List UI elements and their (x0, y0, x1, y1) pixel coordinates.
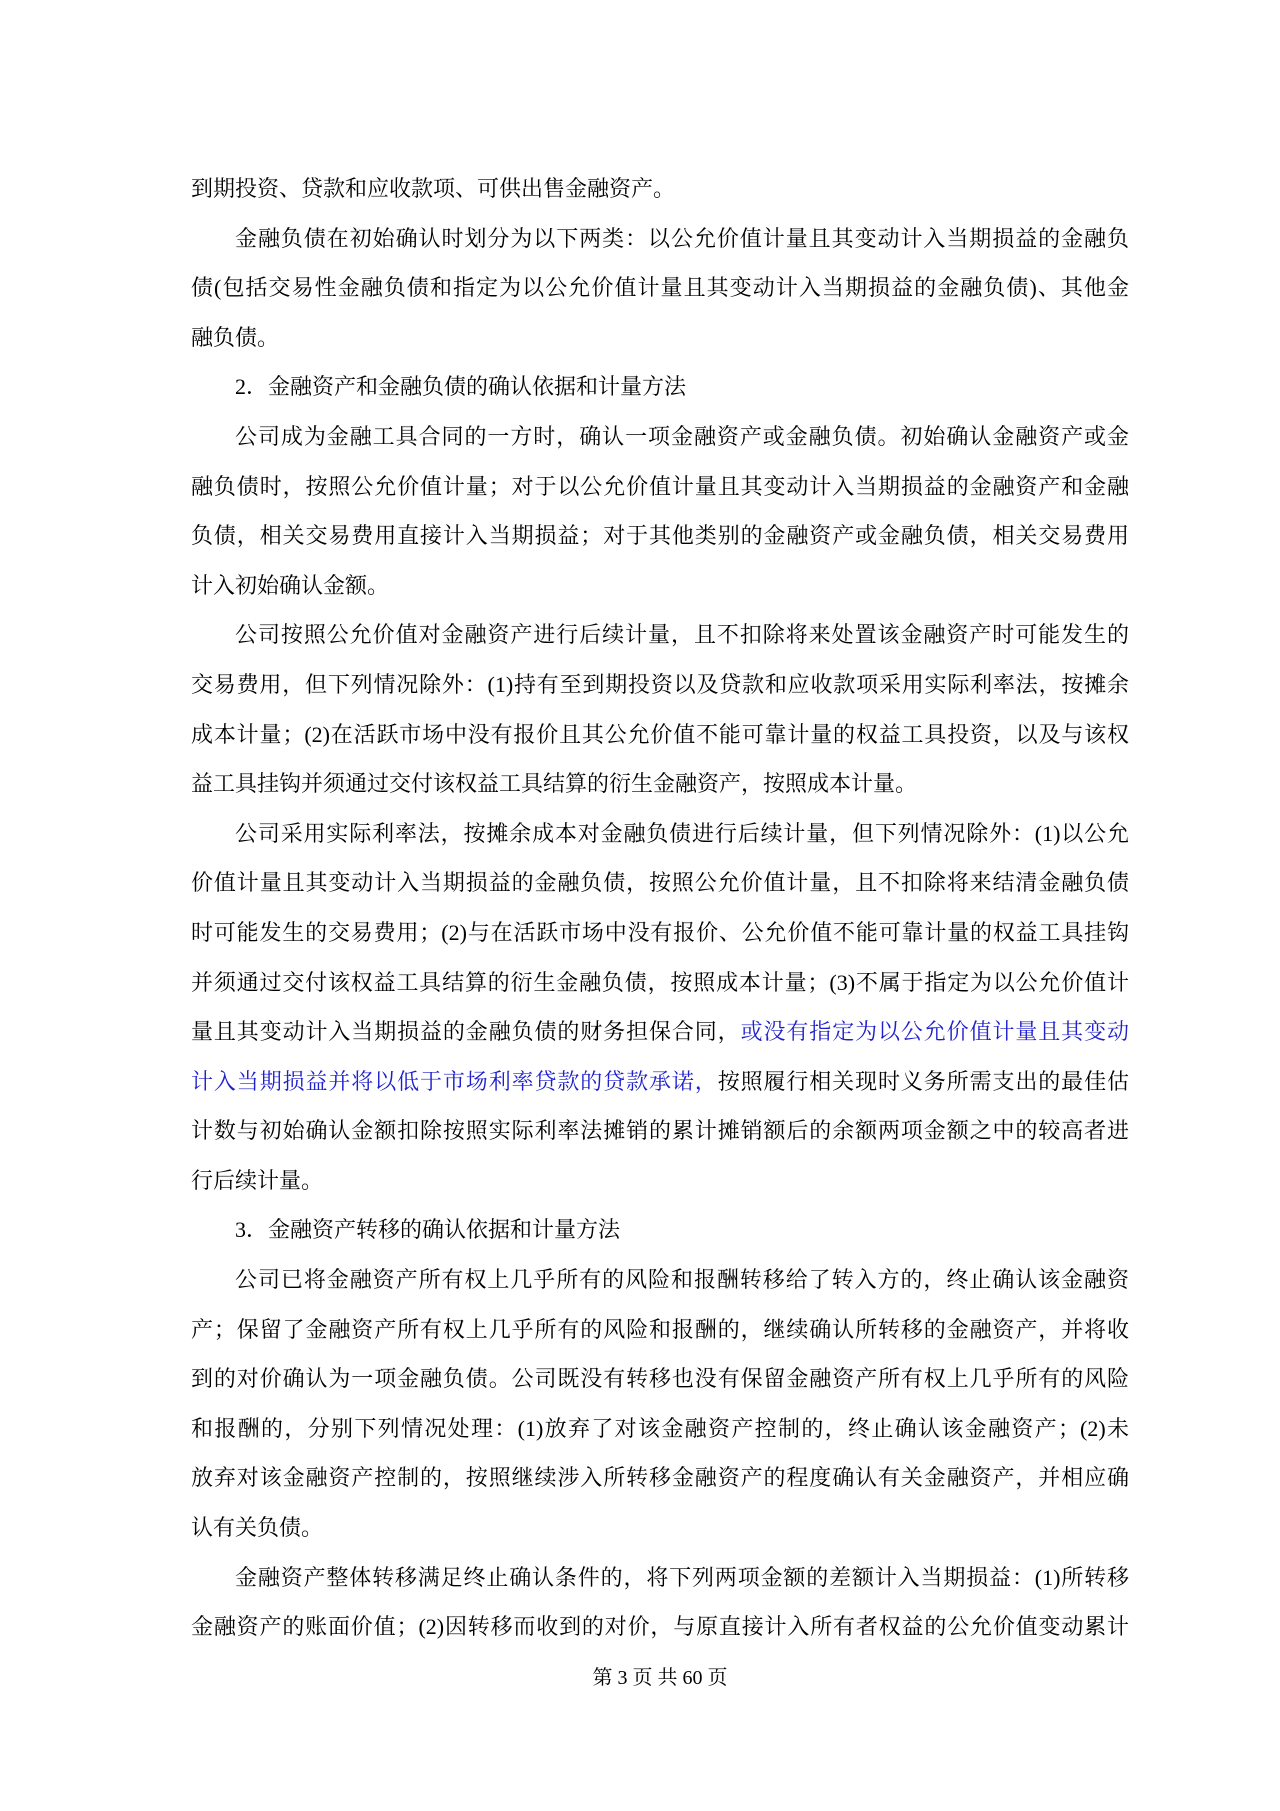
body-text: 认有关负债。 (191, 1515, 323, 1540)
body-text: 金融负债在初始确认时划分为以下两类：以公允价值计量且其变动计入当期损益的金融负 (235, 226, 1129, 251)
highlighted-text: 计入当期损益并将以低于市场利率贷款的贷款承诺， (191, 1069, 718, 1094)
body-text: 融负债时，按照公允价值计量；对于以公允价值计量且其变动计入当期损益的金融资产和金… (191, 474, 1129, 499)
body-text: 量且其变动计入当期损益的金融负债的财务担保合同， (191, 1019, 741, 1044)
body-text: 并须通过交付该权益工具结算的衍生金融负债，按照成本计量；(3)不属于指定为以公允… (191, 970, 1129, 995)
body-text: 和报酬的，分别下列情况处理：(1)放弃了对该金融资产控制的，终止确认该金融资产；… (191, 1416, 1129, 1441)
body-text: 债(包括交易性金融负债和指定为以公允价值计量且其变动计入当期损益的金融负债)、其… (191, 275, 1129, 300)
body-text: 产；保留了金融资产所有权上几乎所有的风险和报酬的，继续确认所转移的金融资产，并将… (191, 1317, 1129, 1342)
body-text: 2．金融资产和金融负债的确认依据和计量方法 (235, 374, 686, 399)
section-heading-2: 2．金融资产和金融负债的确认依据和计量方法 (191, 362, 1129, 412)
text-line: 益工具挂钩并须通过交付该权益工具结算的衍生金融资产，按照成本计量。 (191, 759, 1129, 809)
text-line: 金融负债在初始确认时划分为以下两类：以公允价值计量且其变动计入当期损益的金融负 (191, 214, 1129, 264)
text-line: 价值计量且其变动计入当期损益的金融负债，按照公允价值计量，且不扣除将来结清金融负… (191, 858, 1129, 908)
page-footer: 第 3 页 共 60 页 (191, 1664, 1129, 1692)
document-body: 到期投资、贷款和应收款项、可供出售金融资产。金融负债在初始确认时划分为以下两类：… (191, 164, 1129, 1652)
text-line: 行后续计量。 (191, 1156, 1129, 1206)
text-line: 公司成为金融工具合同的一方时，确认一项金融资产或金融负债。初始确认金融资产或金 (191, 412, 1129, 462)
text-line: 时可能发生的交易费用；(2)与在活跃市场中没有报价、公允价值不能可靠计量的权益工… (191, 908, 1129, 958)
text-line: 量且其变动计入当期损益的金融负债的财务担保合同，或没有指定为以公允价值计量且其变… (191, 1007, 1129, 1057)
text-line: 计入初始确认金额。 (191, 561, 1129, 611)
text-line: 融负债时，按照公允价值计量；对于以公允价值计量且其变动计入当期损益的金融资产和金… (191, 462, 1129, 512)
body-text: 公司已将金融资产所有权上几乎所有的风险和报酬转移给了转入方的，终止确认该金融资 (235, 1267, 1129, 1292)
body-text: 计数与初始确认金额扣除按照实际利率法摊销的累计摊销额后的余额两项金额之中的较高者… (191, 1118, 1129, 1143)
text-line: 计入当期损益并将以低于市场利率贷款的贷款承诺，按照履行相关现时义务所需支出的最佳… (191, 1057, 1129, 1107)
text-line: 公司按照公允价值对金融资产进行后续计量，且不扣除将来处置该金融资产时可能发生的 (191, 610, 1129, 660)
body-text: 公司按照公允价值对金融资产进行后续计量，且不扣除将来处置该金融资产时可能发生的 (235, 622, 1129, 647)
text-line: 认有关负债。 (191, 1503, 1129, 1553)
text-line: 金融资产整体转移满足终止确认条件的，将下列两项金额的差额计入当期损益：(1)所转… (191, 1553, 1129, 1603)
body-text: 按照履行相关现时义务所需支出的最佳估 (718, 1069, 1129, 1094)
body-text: 融负债。 (191, 325, 279, 350)
section-heading-3: 3．金融资产转移的确认依据和计量方法 (191, 1205, 1129, 1255)
body-text: 行后续计量。 (191, 1168, 323, 1193)
text-line: 债(包括交易性金融负债和指定为以公允价值计量且其变动计入当期损益的金融负债)、其… (191, 263, 1129, 313)
body-text: 公司采用实际利率法，按摊余成本对金融负债进行后续计量，但下列情况除外：(1)以公… (235, 821, 1129, 846)
body-text: 计入初始确认金额。 (191, 573, 389, 598)
body-text: 放弃对该金融资产控制的，按照继续涉入所转移金融资产的程度确认有关金融资产，并相应… (191, 1465, 1129, 1490)
highlighted-text: 或没有指定为以公允价值计量且其变动 (741, 1019, 1129, 1044)
text-line: 公司采用实际利率法，按摊余成本对金融负债进行后续计量，但下列情况除外：(1)以公… (191, 809, 1129, 859)
body-text: 到的对价确认为一项金融负债。公司既没有转移也没有保留金融资产所有权上几乎所有的风… (191, 1366, 1129, 1391)
text-line: 公司已将金融资产所有权上几乎所有的风险和报酬转移给了转入方的，终止确认该金融资 (191, 1255, 1129, 1305)
text-line: 交易费用，但下列情况除外：(1)持有至到期投资以及贷款和应收款项采用实际利率法，… (191, 660, 1129, 710)
text-line: 和报酬的，分别下列情况处理：(1)放弃了对该金融资产控制的，终止确认该金融资产；… (191, 1404, 1129, 1454)
text-line: 放弃对该金融资产控制的，按照继续涉入所转移金融资产的程度确认有关金融资产，并相应… (191, 1453, 1129, 1503)
body-text: 公司成为金融工具合同的一方时，确认一项金融资产或金融负债。初始确认金融资产或金 (235, 424, 1129, 449)
text-line: 融负债。 (191, 313, 1129, 363)
text-line: 计数与初始确认金额扣除按照实际利率法摊销的累计摊销额后的余额两项金额之中的较高者… (191, 1106, 1129, 1156)
body-text: 时可能发生的交易费用；(2)与在活跃市场中没有报价、公允价值不能可靠计量的权益工… (191, 920, 1129, 945)
body-text: 交易费用，但下列情况除外：(1)持有至到期投资以及贷款和应收款项采用实际利率法，… (191, 672, 1129, 697)
body-text: 成本计量；(2)在活跃市场中没有报价且其公允价值不能可靠计量的权益工具投资，以及… (191, 722, 1129, 747)
text-line: 并须通过交付该权益工具结算的衍生金融负债，按照成本计量；(3)不属于指定为以公允… (191, 958, 1129, 1008)
text-line: 产；保留了金融资产所有权上几乎所有的风险和报酬的，继续确认所转移的金融资产，并将… (191, 1305, 1129, 1355)
body-text: 到期投资、贷款和应收款项、可供出售金融资产。 (191, 176, 675, 201)
document-page: 到期投资、贷款和应收款项、可供出售金融资产。金融负债在初始确认时划分为以下两类：… (0, 0, 1280, 1811)
text-line: 成本计量；(2)在活跃市场中没有报价且其公允价值不能可靠计量的权益工具投资，以及… (191, 710, 1129, 760)
body-text: 金融资产的账面价值；(2)因转移而收到的对价，与原直接计入所有者权益的公允价值变… (191, 1614, 1129, 1639)
body-text: 负债，相关交易费用直接计入当期损益；对于其他类别的金融资产或金融负债，相关交易费… (191, 523, 1129, 548)
text-line: 负债，相关交易费用直接计入当期损益；对于其他类别的金融资产或金融负债，相关交易费… (191, 511, 1129, 561)
body-text: 3．金融资产转移的确认依据和计量方法 (235, 1217, 620, 1242)
body-text: 价值计量且其变动计入当期损益的金融负债，按照公允价值计量，且不扣除将来结清金融负… (191, 870, 1129, 895)
body-text: 金融资产整体转移满足终止确认条件的，将下列两项金额的差额计入当期损益：(1)所转… (235, 1565, 1129, 1590)
text-line: 到期投资、贷款和应收款项、可供出售金融资产。 (191, 164, 1129, 214)
text-line: 到的对价确认为一项金融负债。公司既没有转移也没有保留金融资产所有权上几乎所有的风… (191, 1354, 1129, 1404)
body-text: 益工具挂钩并须通过交付该权益工具结算的衍生金融资产，按照成本计量。 (191, 771, 917, 796)
text-line: 金融资产的账面价值；(2)因转移而收到的对价，与原直接计入所有者权益的公允价值变… (191, 1602, 1129, 1652)
